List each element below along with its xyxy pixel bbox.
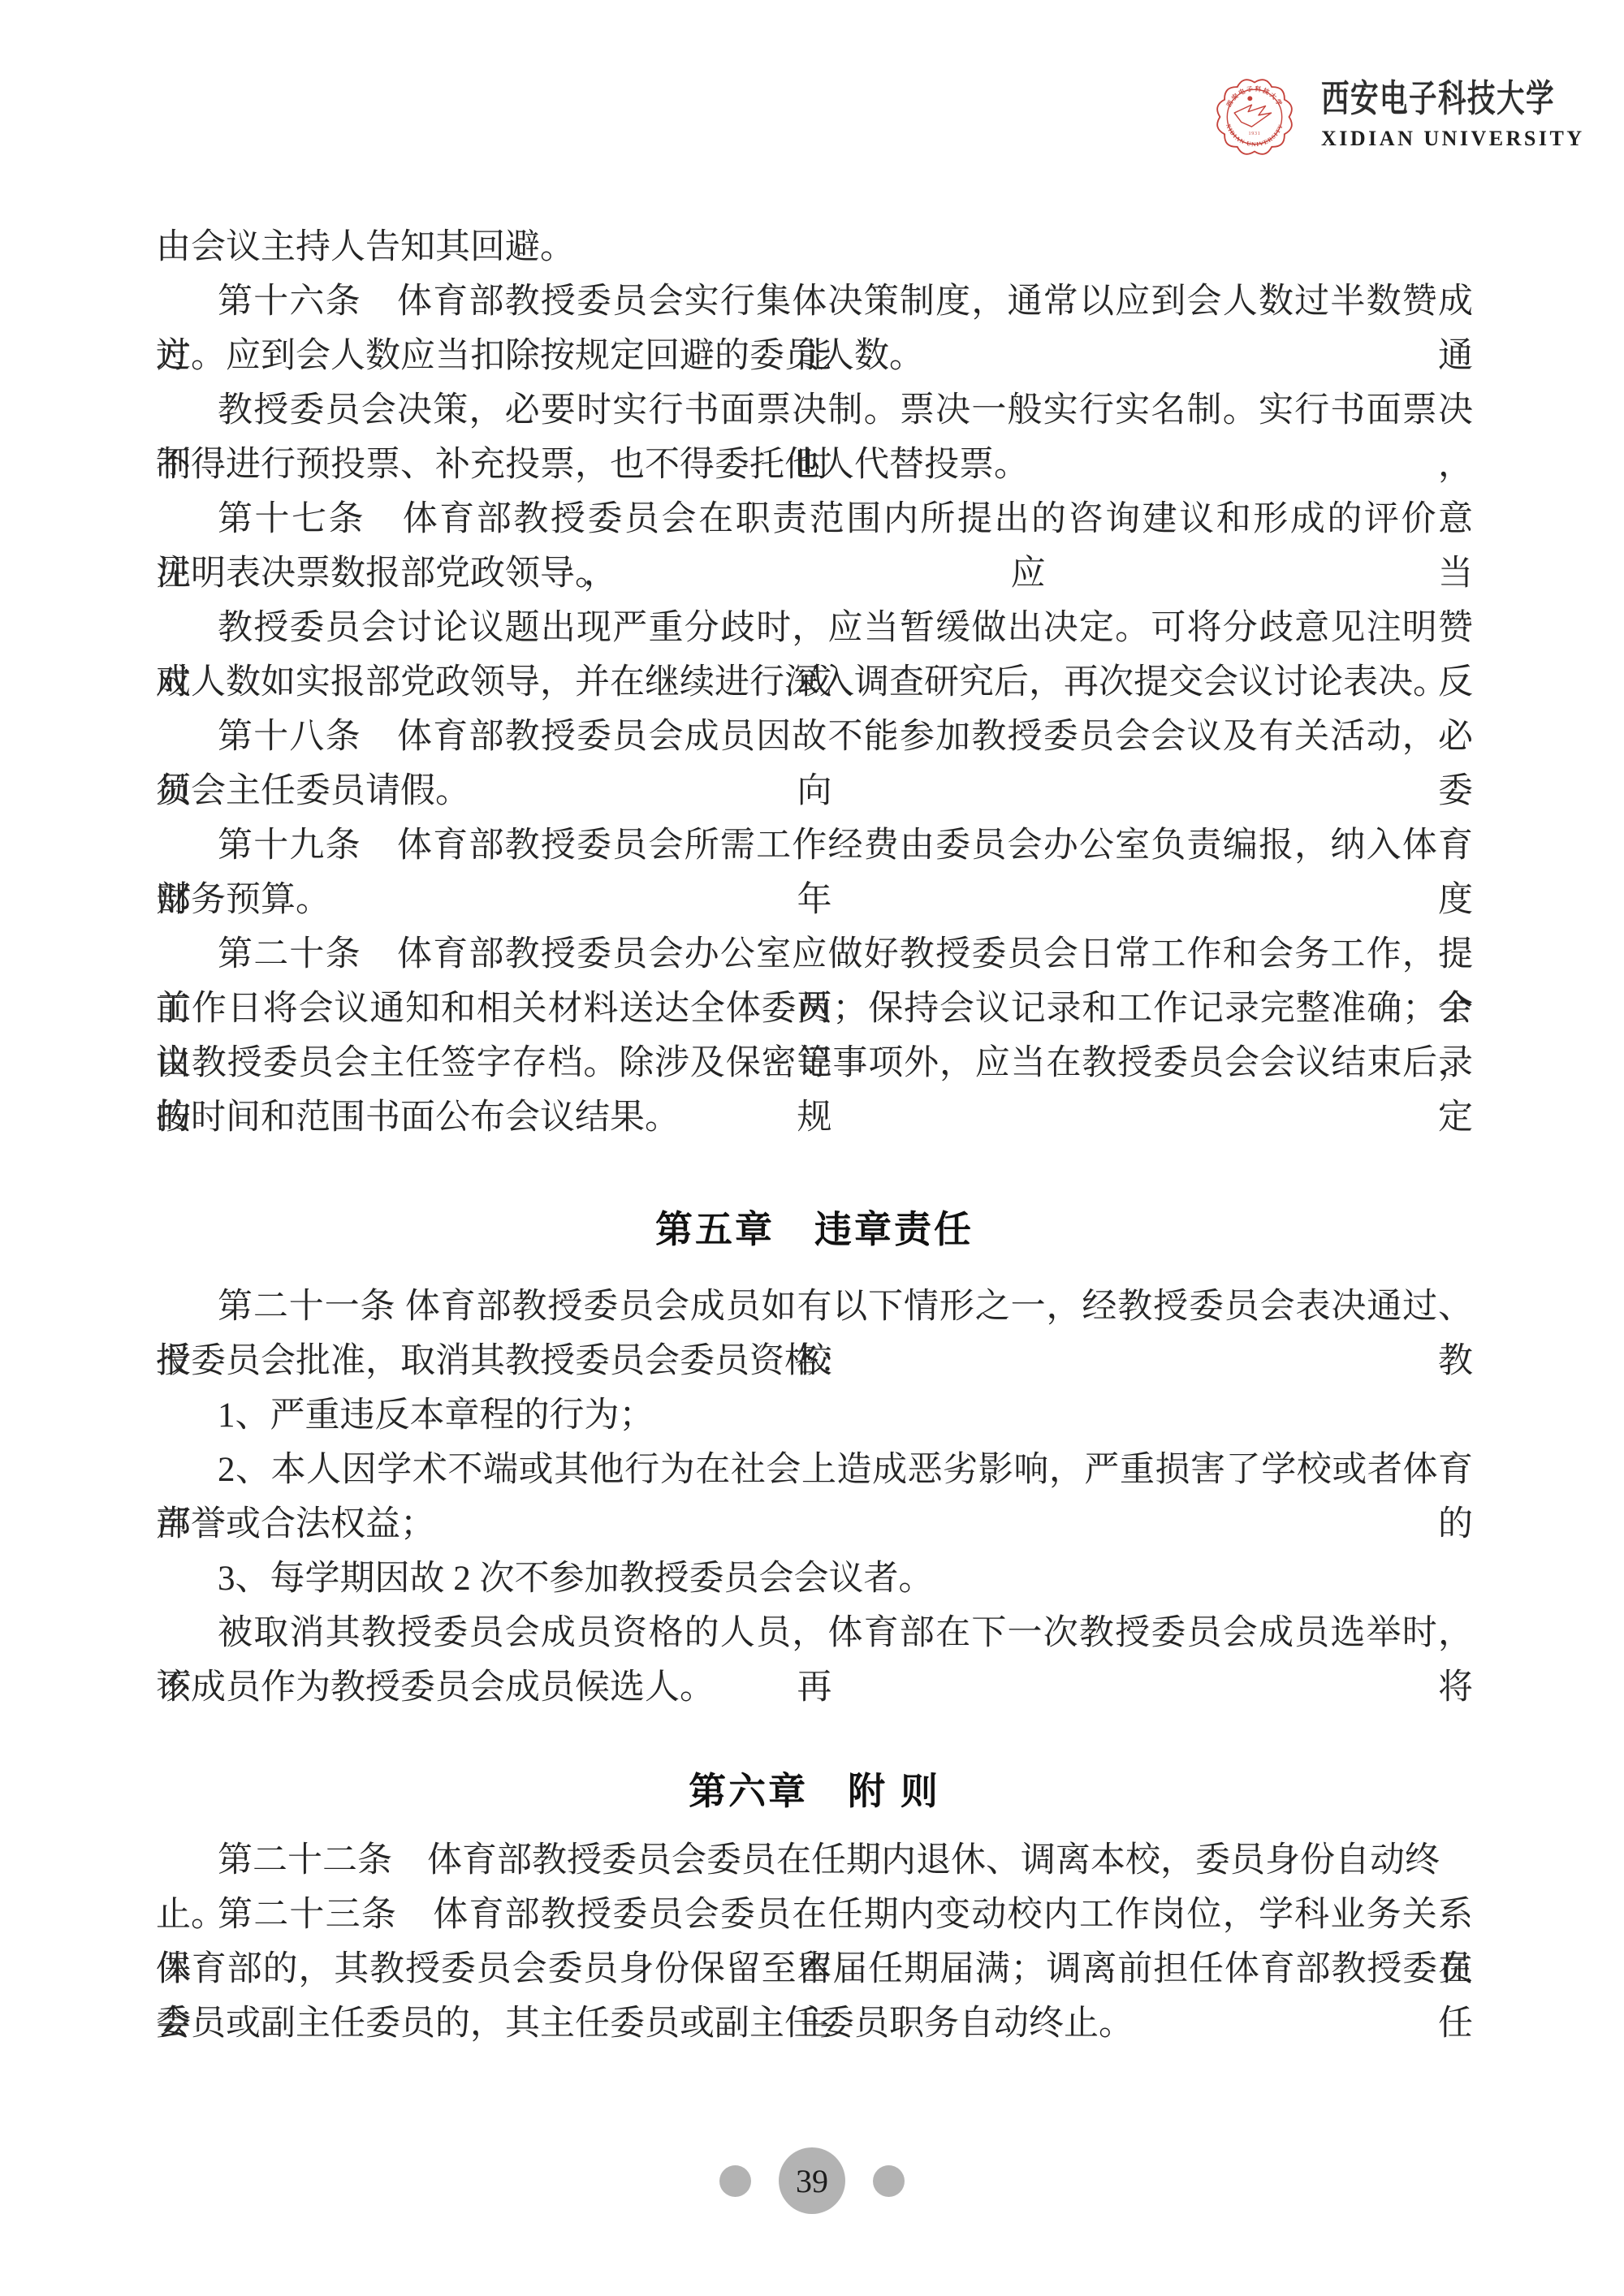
seal-bird-icon [1234,105,1271,127]
document-line: 第二十二条 体育部教授委员会委员在任期内退休、调离本校，委员身份自动终止。 [156,1833,1473,1888]
university-name-chinese: 西安电子科技大学 [1321,80,1555,117]
document-line: 体育部的，其教授委员会委员身份保留至本届任期届满；调离前担任体育部教授委员会主任 [156,1942,1473,1996]
chapter-6-heading: 第六章 附 则 [156,1764,1473,1819]
footer-dot-right [873,2165,905,2197]
document-line: 第十六条 体育部教授委员会实行集体决策制度，通常以应到会人数过半数赞成方能通 [156,274,1473,329]
page-number-badge: 39 [779,2147,845,2214]
document-line: 由教授委员会主任签字存档。除涉及保密等事项外，应当在教授委员会会议结束后，按规定 [156,1036,1473,1090]
footer-dot-left [719,2165,751,2197]
document-line: 被取消其教授委员会成员资格的人员，体育部在下一次教授委员会成员选举时，不再将 [156,1606,1473,1660]
document-line: 3、每学期因故 2 次不参加教授委员会会议者。 [156,1552,1473,1606]
document-line: 由会议主持人告知其回避。 [156,220,1473,274]
document-line: 第十八条 体育部教授委员会成员因故不能参加教授委员会会议及有关活动，必须向委 [156,710,1473,764]
document-line: 第二十三条 体育部教授委员会委员在任期内变动校内工作岗位，学科业务关系保留在 [156,1888,1473,1942]
document-line: 1、严重违反本章程的行为； [156,1388,1473,1443]
document-line: 工作日将会议通知和相关材料送达全体委员；保持会议记录和工作记录完整准确；会议记录 [156,982,1473,1036]
seal-year: 1931 [1249,132,1261,136]
page-footer: 39 [0,2147,1624,2214]
page-number: 39 [796,2162,828,2200]
document-line: 教授委员会决策，必要时实行书面票决制。票决一般实行实名制。实行书面票决制时， [156,383,1473,438]
document-line: 第十九条 体育部教授委员会所需工作经费由委员会办公室负责编报，纳入体育部年度 [156,818,1473,873]
university-wordmark: 西安电子科技大学 XIDIAN UNIVERSITY [1321,71,1624,151]
document-body: 由会议主持人告知其回避。 第十六条 体育部教授委员会实行集体决策制度，通常以应到… [156,220,1473,2051]
document-line: 2、本人因学术不端或其他行为在社会上造成恶劣影响，严重损害了学校或者体育部的 [156,1443,1473,1497]
document-line: 对人数如实报部党政领导，并在继续进行深入调查研究后，再次提交会议讨论表决。 [156,655,1473,710]
university-seal-icon: 西安电子科技大学 1931 XIDIAN UNIVERSITY [1209,71,1300,162]
chapter-5-heading: 第五章 违章责任 [156,1202,1473,1257]
document-line: 第十七条 体育部教授委员会在职责范围内所提出的咨询建议和形成的评价意见，应当 [156,492,1473,546]
document-line: 第二十一条 体育部教授委员会成员如有以下情形之一，经教授委员会表决通过、报校教 [156,1280,1473,1334]
page-header: 西安电子科技大学 1931 XIDIAN UNIVERSITY 西安电子科技大学… [1209,71,1624,162]
document-line: 第二十条 体育部教授委员会办公室应做好教授委员会日常工作和会务工作，提前两个 [156,927,1473,982]
document-line: 教授委员会讨论议题出现严重分歧时，应当暂缓做出决定。可将分歧意见注明赞成或反 [156,601,1473,655]
seal-dot [1247,96,1252,101]
university-name-english: XIDIAN UNIVERSITY [1321,127,1624,151]
document-page: 西安电子科技大学 1931 XIDIAN UNIVERSITY 西安电子科技大学… [0,0,1624,2296]
